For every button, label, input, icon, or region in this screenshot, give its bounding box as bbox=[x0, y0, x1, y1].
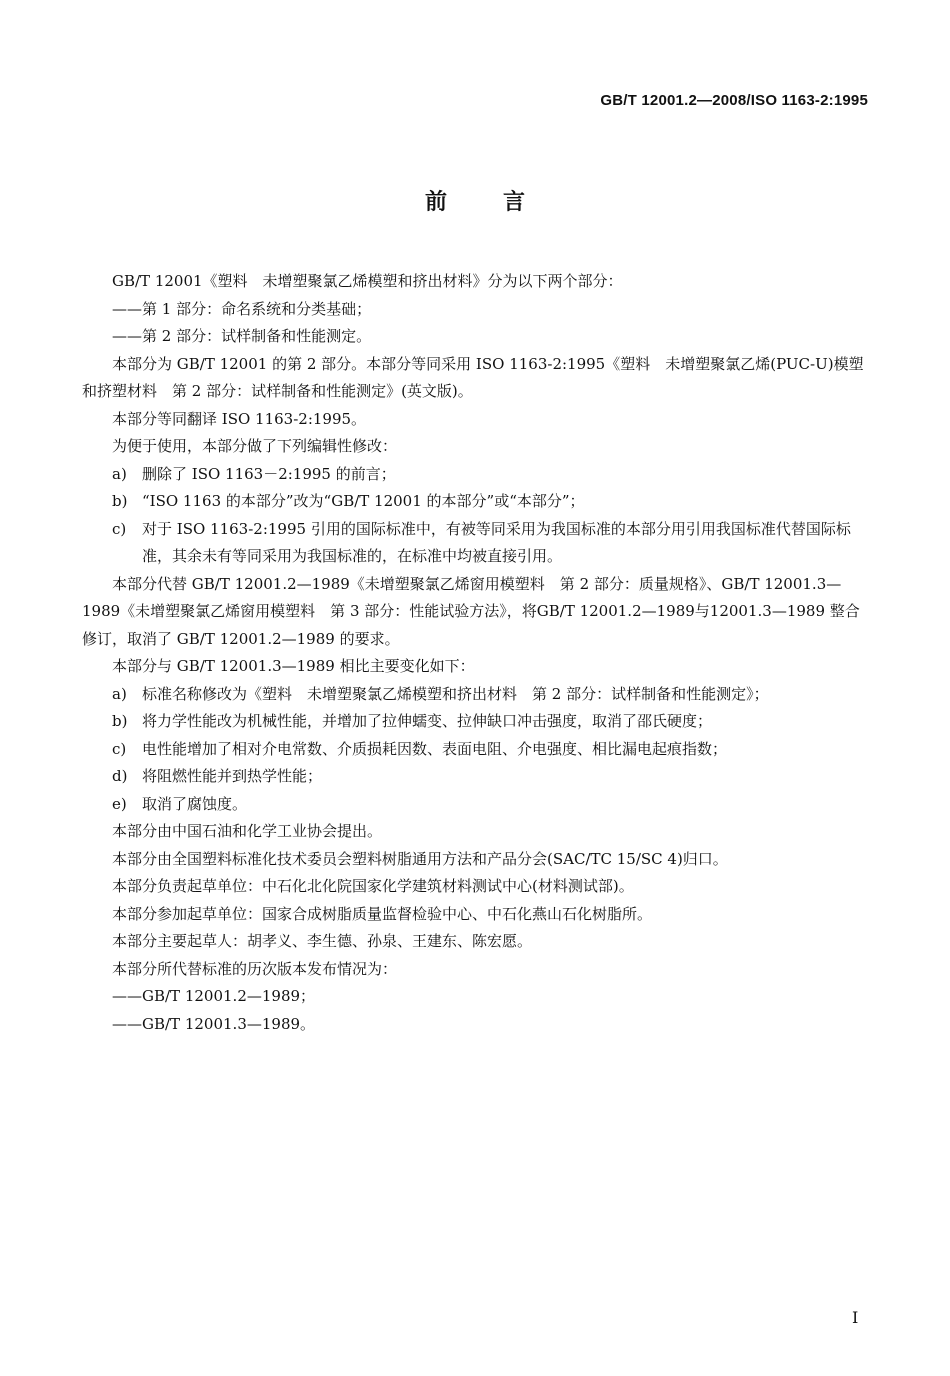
adoption-paragraph: 本部分为 GB/T 12001 的第 2 部分。本部分等同采用 ISO 1163… bbox=[82, 351, 870, 406]
edit-list-item: b) “ISO 1163 的本部分”改为“GB/T 12001 的本部分”或“本… bbox=[82, 488, 870, 516]
list-label: e) bbox=[112, 791, 142, 819]
edit-list-item: a) 删除了 ISO 1163－2:1995 的前言； bbox=[82, 461, 870, 489]
history-intro-paragraph: 本部分所代替标准的历次版本发布情况为： bbox=[82, 956, 870, 984]
replaces-paragraph: 本部分代替 GB/T 12001.2—1989《未增塑聚氯乙烯窗用模塑料 第 2… bbox=[82, 571, 870, 654]
change-list-item: e) 取消了腐蚀度。 bbox=[82, 791, 870, 819]
list-text: 删除了 ISO 1163－2:1995 的前言； bbox=[142, 461, 870, 489]
change-list-item: b) 将力学性能改为机械性能，并增加了拉伸蠕变、拉伸缺口冲击强度，取消了邵氏硬度… bbox=[82, 708, 870, 736]
drafters-paragraph: 本部分主要起草人：胡孝义、李生德、孙泉、王建东、陈宏愿。 bbox=[82, 928, 870, 956]
page-number: I bbox=[852, 1308, 858, 1327]
proposed-by-paragraph: 本部分由中国石油和化学工业协会提出。 bbox=[82, 818, 870, 846]
changes-intro-paragraph: 本部分与 GB/T 12001.3—1989 相比主要变化如下： bbox=[82, 653, 870, 681]
list-label: b) bbox=[112, 708, 142, 736]
list-text: 标准名称修改为《塑料 未增塑聚氯乙烯模塑和挤出材料 第 2 部分：试样制备和性能… bbox=[142, 681, 870, 709]
history-list-item: ——GB/T 12001.3—1989。 bbox=[82, 1011, 870, 1039]
list-text: 电性能增加了相对介电常数、介质损耗因数、表面电阻、介电强度、相比漏电起痕指数； bbox=[142, 736, 870, 764]
document-body: GB/T 12001《塑料 未增塑聚氯乙烯模塑和挤出材料》分为以下两个部分： —… bbox=[82, 268, 870, 1038]
list-label: a) bbox=[112, 461, 142, 489]
list-text: 将力学性能改为机械性能，并增加了拉伸蠕变、拉伸缺口冲击强度，取消了邵氏硬度； bbox=[142, 708, 870, 736]
list-label: c) bbox=[112, 516, 142, 571]
list-label: a) bbox=[112, 681, 142, 709]
drafting-unit-paragraph: 本部分负责起草单位：中石化北化院国家化学建筑材料测试中心(材料测试部)。 bbox=[82, 873, 870, 901]
list-label: b) bbox=[112, 488, 142, 516]
change-list-item: a) 标准名称修改为《塑料 未增塑聚氯乙烯模塑和挤出材料 第 2 部分：试样制备… bbox=[82, 681, 870, 709]
change-list-item: d) 将阻燃性能并到热学性能； bbox=[82, 763, 870, 791]
managed-by-paragraph: 本部分由全国塑料标准化技术委员会塑料树脂通用方法和产品分会(SAC/TC 15/… bbox=[82, 846, 870, 874]
change-list-item: c) 电性能增加了相对介电常数、介质损耗因数、表面电阻、介电强度、相比漏电起痕指… bbox=[82, 736, 870, 764]
standard-number-header: GB/T 12001.2—2008/ISO 1163-2:1995 bbox=[600, 92, 868, 109]
list-text: 对于 ISO 1163-2:1995 引用的国际标准中，有被等同采用为我国标准的… bbox=[142, 516, 870, 571]
part-list-item: ——第 1 部分：命名系统和分类基础； bbox=[82, 296, 870, 324]
edit-intro-paragraph: 为便于使用，本部分做了下列编辑性修改： bbox=[82, 433, 870, 461]
translation-paragraph: 本部分等同翻译 ISO 1163-2:1995。 bbox=[82, 406, 870, 434]
page-title: 前言 bbox=[0, 185, 950, 216]
list-label: d) bbox=[112, 763, 142, 791]
list-text: 取消了腐蚀度。 bbox=[142, 791, 870, 819]
history-list-item: ——GB/T 12001.2—1989； bbox=[82, 983, 870, 1011]
intro-paragraph: GB/T 12001《塑料 未增塑聚氯乙烯模塑和挤出材料》分为以下两个部分： bbox=[82, 268, 870, 296]
list-label: c) bbox=[112, 736, 142, 764]
edit-list-item: c) 对于 ISO 1163-2:1995 引用的国际标准中，有被等同采用为我国… bbox=[82, 516, 870, 571]
list-text: “ISO 1163 的本部分”改为“GB/T 12001 的本部分”或“本部分”… bbox=[142, 488, 870, 516]
part-list-item: ——第 2 部分：试样制备和性能测定。 bbox=[82, 323, 870, 351]
list-text: 将阻燃性能并到热学性能； bbox=[142, 763, 870, 791]
participating-units-paragraph: 本部分参加起草单位：国家合成树脂质量监督检验中心、中石化燕山石化树脂所。 bbox=[82, 901, 870, 929]
